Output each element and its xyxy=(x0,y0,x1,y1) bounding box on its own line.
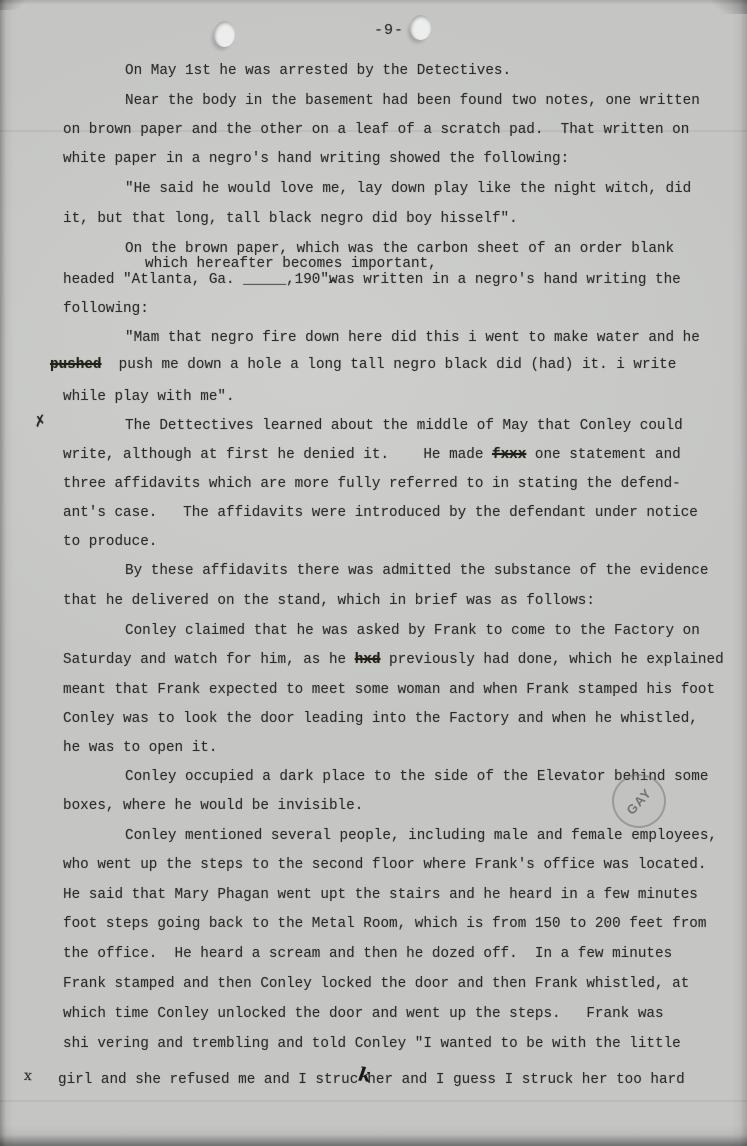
text-line: following: xyxy=(63,300,149,318)
text-segment: it, but that long, tall black negro did … xyxy=(63,211,518,227)
archive-stamp-text: GAY xyxy=(623,785,654,817)
margin-mark-2: x xyxy=(23,1068,32,1085)
text-segment: shi vering and trembling and told Conley… xyxy=(63,1036,681,1052)
text-segment: Conley mentioned several people, includi… xyxy=(125,828,717,844)
text-line: Conley claimed that he was asked by Fran… xyxy=(125,622,700,640)
text-line: Frank stamped and then Conley locked the… xyxy=(63,975,689,993)
text-line: the office. He heard a scream and then h… xyxy=(63,945,672,963)
text-segment: headed "Atlanta, Ga. _____,190"was writt… xyxy=(63,272,681,288)
text-segment: Saturday and watch for him, as he xyxy=(63,652,355,668)
text-line: shi vering and trembling and told Conley… xyxy=(63,1035,681,1053)
struck-out-word: hxd xyxy=(355,652,381,668)
text-line: By these affidavits there was admitted t… xyxy=(125,562,708,580)
struck-out-word: fxxx xyxy=(492,447,526,463)
paper-crease xyxy=(0,1100,747,1102)
text-line: foot steps going back to the Metal Room,… xyxy=(63,915,706,933)
text-line: Conley mentioned several people, includi… xyxy=(125,827,717,845)
text-line: it, but that long, tall black negro did … xyxy=(63,210,518,228)
text-line: which time Conley unlocked the door and … xyxy=(63,1005,664,1023)
text-segment: Frank stamped and then Conley locked the… xyxy=(63,976,689,992)
text-segment: He said that Mary Phagan went upt the st… xyxy=(63,887,698,903)
text-line: "He said he would love me, lay down play… xyxy=(125,180,691,198)
text-segment: to produce. xyxy=(63,534,157,550)
text-line: pushed push me down a hole a long tall n… xyxy=(50,356,676,374)
text-segment: her and I guess I struck her too hard xyxy=(367,1072,684,1088)
punch-hole-right xyxy=(410,15,431,40)
text-segment: On May 1st he was arrested by the Detect… xyxy=(125,63,511,79)
text-segment: girl and she refused me and I struc xyxy=(58,1072,358,1088)
text-segment: foot steps going back to the Metal Room,… xyxy=(63,916,706,932)
paper-edge-shadow-bottom xyxy=(0,1134,747,1146)
text-segment: white paper in a negro's hand writing sh… xyxy=(63,151,569,167)
text-line: that he delivered on the stand, which in… xyxy=(63,592,595,610)
text-segment: Conley claimed that he was asked by Fran… xyxy=(125,623,700,639)
paper-edge-shadow-top-left xyxy=(0,0,30,10)
document-page: -9- On May 1st he was arrested by the De… xyxy=(0,0,747,1146)
text-segment: while play with me". xyxy=(63,389,235,405)
text-line: Conley was to look the door leading into… xyxy=(63,710,698,728)
text-segment: push me down a hole a long tall negro bl… xyxy=(101,357,676,373)
text-segment: that he delivered on the stand, which in… xyxy=(63,593,595,609)
handwritten-pen-mark: k xyxy=(357,1065,368,1084)
text-line: write, although at first he denied it. H… xyxy=(63,446,681,464)
text-line: on brown paper and the other on a leaf o… xyxy=(63,121,689,139)
text-segment: The Dettectives learned about the middle… xyxy=(125,418,683,434)
text-segment: who went up the steps to the second floo… xyxy=(63,857,706,873)
archive-stamp: GAY xyxy=(612,774,666,828)
text-segment: meant that Frank expected to meet some w… xyxy=(63,682,715,698)
text-line: who went up the steps to the second floo… xyxy=(63,856,706,874)
text-line: boxes, where he would be invisible. xyxy=(63,797,363,815)
text-line: white paper in a negro's hand writing sh… xyxy=(63,150,569,168)
text-line: he was to open it. xyxy=(63,739,217,757)
text-line: three affidavits which are more fully re… xyxy=(63,475,681,493)
text-line: He said that Mary Phagan went upt the st… xyxy=(63,886,698,904)
text-segment: following: xyxy=(63,301,149,317)
page-number: -9- xyxy=(374,22,404,39)
text-segment: he was to open it. xyxy=(63,740,217,756)
text-line: On May 1st he was arrested by the Detect… xyxy=(125,62,511,80)
text-segment: Near the body in the basement had been f… xyxy=(125,93,700,109)
text-segment: three affidavits which are more fully re… xyxy=(63,476,681,492)
text-segment: Conley was to look the door leading into… xyxy=(63,711,698,727)
text-line: "Mam that negro fire down here did this … xyxy=(125,329,700,347)
insert-caret: ^ xyxy=(327,278,338,293)
text-segment: By these affidavits there was admitted t… xyxy=(125,563,708,579)
text-segment: previously had done, which he explained xyxy=(380,652,723,668)
text-segment: one statement and xyxy=(526,447,680,463)
text-line: headed "Atlanta, Ga. _____,190"was writt… xyxy=(63,271,681,289)
text-segment: "He said he would love me, lay down play… xyxy=(125,181,691,197)
text-line: meant that Frank expected to meet some w… xyxy=(63,681,715,699)
text-segment: ant's case. The affidavits were introduc… xyxy=(63,505,698,521)
text-line: Near the body in the basement had been f… xyxy=(125,92,700,110)
text-line: ant's case. The affidavits were introduc… xyxy=(63,504,698,522)
paper-edge-shadow-top-right xyxy=(701,0,747,14)
text-segment: write, although at first he denied it. H… xyxy=(63,447,492,463)
margin-mark-1: ✗ xyxy=(32,411,48,431)
text-segment: which hereafter becomes important, xyxy=(145,256,437,272)
struck-out-word: pushed xyxy=(50,357,101,373)
text-segment: boxes, where he would be invisible. xyxy=(63,798,363,814)
text-line: while play with me". xyxy=(63,388,235,406)
text-segment: "Mam that negro fire down here did this … xyxy=(125,330,700,346)
text-line: girl and she refused me and I struckher … xyxy=(58,1068,685,1089)
text-line: to produce. xyxy=(63,533,157,551)
text-segment: the office. He heard a scream and then h… xyxy=(63,946,672,962)
text-line: Saturday and watch for him, as he hxd pr… xyxy=(63,651,724,669)
text-segment: on brown paper and the other on a leaf o… xyxy=(63,122,689,138)
text-segment: which time Conley unlocked the door and … xyxy=(63,1006,664,1022)
text-line: The Dettectives learned about the middle… xyxy=(125,417,683,435)
punch-hole-left xyxy=(214,21,235,47)
